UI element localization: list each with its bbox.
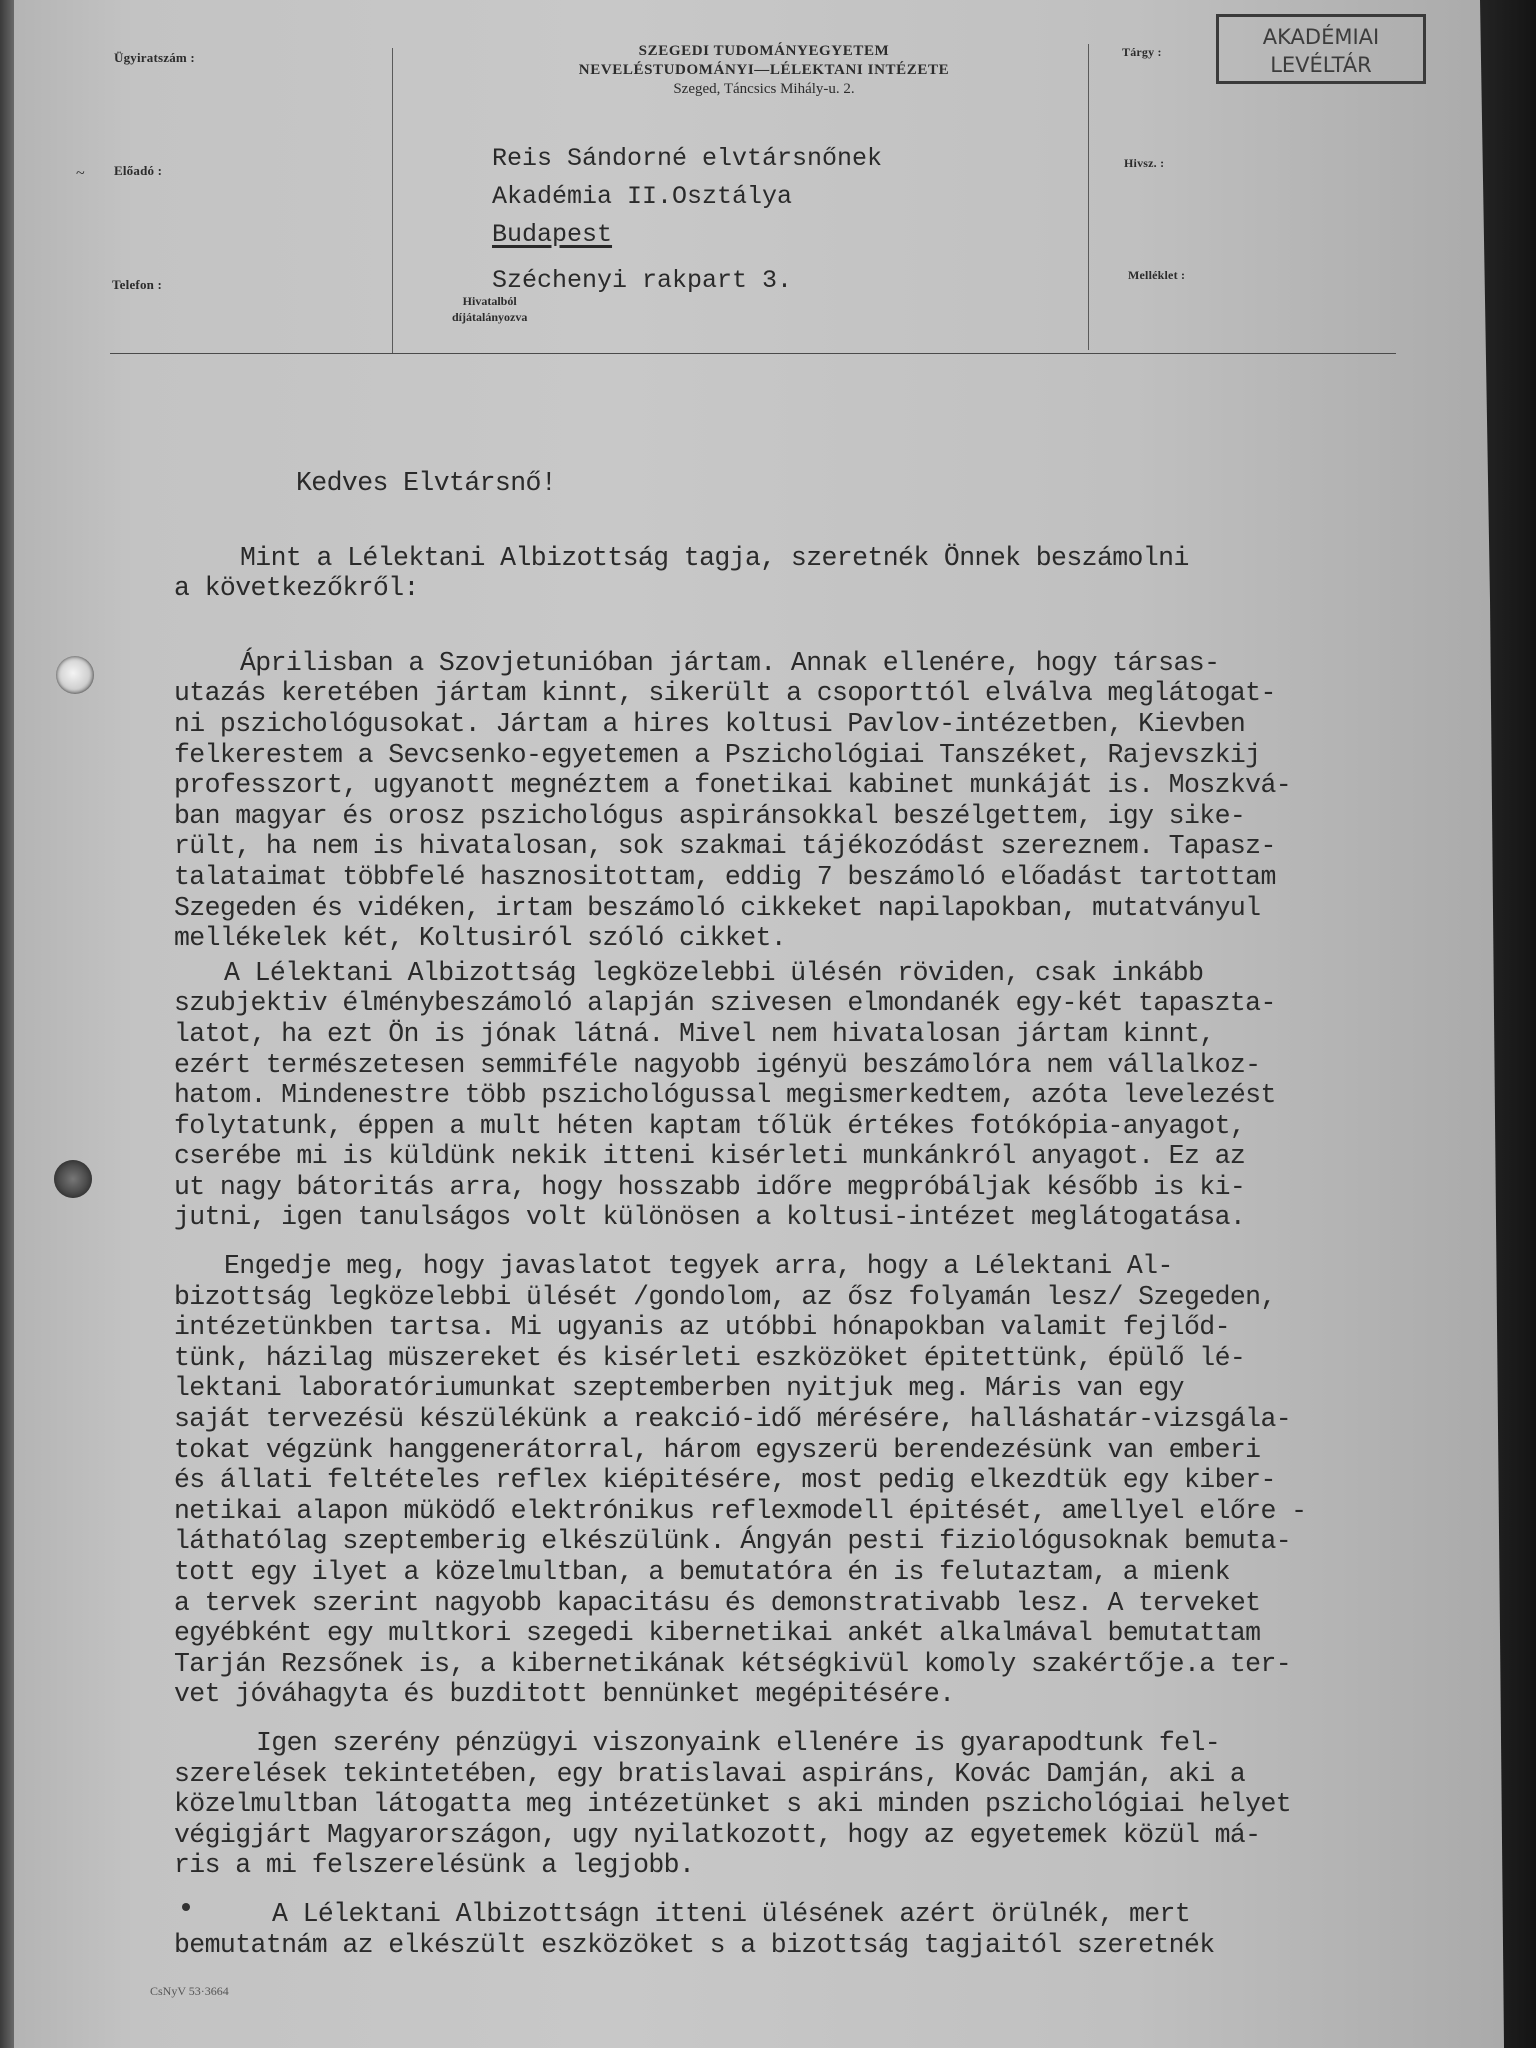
recipient-name: Reis Sándorné elvtársnőnek — [492, 140, 882, 178]
text-line: intézetünkben tartsa. Mi ugyanis az utób… — [174, 1312, 1464, 1343]
text-line: lektani laboratóriumunkat szeptemberben … — [174, 1373, 1464, 1404]
text-line: szerelések tekintetében, egy bratislavai… — [174, 1759, 1464, 1790]
stamp-line-2: LEVÉLTÁR — [1219, 51, 1423, 79]
text-line: Igen szerény pénzügyi viszonyaink ellené… — [174, 1728, 1464, 1759]
text-line: láthatólag szeptemberig elkészülünk. Áng… — [174, 1526, 1464, 1557]
text-line: ris a mi felszerelésünk a legjobb. — [174, 1850, 1464, 1881]
letterhead: SZEGEDI TUDOMÁNYEGYETEM NEVELÉSTUDOMÁNYI… — [434, 42, 1094, 99]
attachment-label: Melléklet : — [1128, 268, 1185, 283]
archive-stamp: AKADÉMIAI LEVÉLTÁR — [1216, 14, 1426, 84]
punch-hole-bottom — [54, 1160, 92, 1198]
text-line: egyébként egy multkori szegedi kiberneti… — [174, 1618, 1464, 1649]
text-line: vet jóváhagyta és buzditott bennünket me… — [174, 1679, 1464, 1710]
header-rule — [110, 353, 1396, 354]
letterhead-university: SZEGEDI TUDOMÁNYEGYETEM — [434, 42, 1094, 61]
letter-page: Ügyiratszám : Előadó : Telefon : ~ SZEGE… — [14, 0, 1504, 2048]
text-line: saját tervezésü készülékünk a reakció-id… — [174, 1404, 1464, 1435]
text-line: ni pszichológusokat. Jártam a hires kolt… — [174, 709, 1464, 740]
paragraph: Igen szerény pénzügyi viszonyaink ellené… — [174, 1728, 1464, 1881]
scan-left-edge — [0, 0, 14, 2048]
text-line: talataimat többfelé hasznositottam, eddi… — [174, 862, 1464, 893]
text-line: a tervek szerint nagyobb kapacitásu és d… — [174, 1588, 1464, 1619]
franking-note: Hivatalból díjátalányozva — [452, 293, 527, 325]
text-line: Tarján Rezsőnek is, a kibernetikának két… — [174, 1649, 1464, 1680]
text-line: A Lélektani Albizottságn itteni ülésének… — [174, 1899, 1464, 1930]
recipient-department: Akadémia II.Osztálya — [492, 178, 882, 216]
text-line: ut nagy bátoritás arra, hogy hosszabb id… — [174, 1172, 1464, 1203]
text-line: netikai alapon müködő elektrónikus refle… — [174, 1496, 1464, 1527]
text-line: tokat végzünk hanggenerátorral, három eg… — [174, 1435, 1464, 1466]
letter-body: Kedves Elvtársnő! Mint a Lélektani Albiz… — [174, 468, 1464, 1960]
text-line: cserébe mi is küldünk nekik itteni kisér… — [174, 1141, 1464, 1172]
text-line: közelmultban látogatta meg intézetünket … — [174, 1789, 1464, 1820]
text-line: folytatunk, éppen a mult héten kaptam tő… — [174, 1111, 1464, 1142]
text-line: mellékelek két, Koltusiról szóló cikket. — [174, 923, 1464, 954]
paragraph: A Lélektani Albizottságn itteni ülésének… — [174, 1899, 1464, 1960]
text-line: tünk, házilag müszereket és kisérleti es… — [174, 1343, 1464, 1374]
letterhead-institute: NEVELÉSTUDOMÁNYI—LÉLEKTANI INTÉZETE — [434, 61, 1094, 80]
text-line: Engedje meg, hogy javaslatot tegyek arra… — [174, 1251, 1464, 1282]
text-line: professzort, ugyanott megnéztem a foneti… — [174, 770, 1464, 801]
text-line: latot, ha ezt Ön is jónak látná. Mivel n… — [174, 1019, 1464, 1050]
header-divider-left — [392, 48, 393, 353]
handwritten-mark: ~ — [76, 165, 85, 183]
punch-hole-top — [56, 656, 94, 694]
text-line: jutni, igen tanulságos volt különösen a … — [174, 1202, 1464, 1233]
text-line: bemutatnám az elkészült eszközöket s a b… — [174, 1930, 1464, 1961]
subject-label: Tárgy : — [1122, 45, 1162, 60]
text-line: ezért természetesen semmiféle nagyobb ig… — [174, 1050, 1464, 1081]
recipient-address: Reis Sándorné elvtársnőnek Akadémia II.O… — [492, 140, 882, 300]
text-line: ban magyar és orosz pszichológus aspirán… — [174, 801, 1464, 832]
text-line: Szegeden és vidéken, irtam beszámoló cik… — [174, 893, 1464, 924]
paragraph: Mint a Lélektani Albizottság tagja, szer… — [174, 543, 1464, 604]
text-line: tott egy ilyet a közelmultban, a bemutat… — [174, 1557, 1464, 1588]
text-line: utazás keretében jártam kinnt, sikerült … — [174, 678, 1464, 709]
margin-dot — [182, 1903, 190, 1911]
text-line: és állati feltételes reflex kiépitésére,… — [174, 1465, 1464, 1496]
officer-label: Előadó : — [114, 163, 162, 179]
text-line: rült, ha nem is hivatalosan, sok szakmai… — [174, 831, 1464, 862]
franking-line-1: Hivatalból — [452, 293, 527, 309]
text-line: A Lélektani Albizottság legközelebbi ülé… — [174, 958, 1464, 989]
franking-line-2: díjátalányozva — [452, 309, 527, 325]
text-line: szubjektiv élménybeszámoló alapján szive… — [174, 988, 1464, 1019]
reference-label: Hivsz. : — [1124, 156, 1164, 171]
text-line: bizottság legközelebbi ülését /gondolom,… — [174, 1282, 1464, 1313]
recipient-city: Budapest — [492, 216, 882, 254]
text-line: Mint a Lélektani Albizottság tagja, szer… — [174, 543, 1464, 574]
recipient-street: Széchenyi rakpart 3. — [492, 262, 882, 300]
greeting: Kedves Elvtársnő! — [174, 468, 1464, 499]
letterhead-address: Szeged, Táncsics Mihály-u. 2. — [434, 80, 1094, 99]
paragraph: Engedje meg, hogy javaslatot tegyek arra… — [174, 1251, 1464, 1710]
text-line: végigjárt Magyarországon, ugy nyilatkozo… — [174, 1820, 1464, 1851]
text-line: felkerestem a Sevcsenko-egyetemen a Pszi… — [174, 740, 1464, 771]
text-line: Áprilisban a Szovjetunióban jártam. Anna… — [174, 648, 1464, 679]
case-number-label: Ügyiratszám : — [114, 50, 195, 66]
stamp-line-1: AKADÉMIAI — [1219, 23, 1423, 51]
paragraph: Áprilisban a Szovjetunióban jártam. Anna… — [174, 648, 1464, 954]
phone-label: Telefon : — [112, 277, 162, 293]
print-code: CsNyV 53·3664 — [150, 1984, 229, 1999]
text-line: a következőkről: — [174, 573, 1464, 604]
paragraph: A Lélektani Albizottság legközelebbi ülé… — [174, 958, 1464, 1233]
text-line: hatom. Mindenestre több pszichológussal … — [174, 1080, 1464, 1111]
